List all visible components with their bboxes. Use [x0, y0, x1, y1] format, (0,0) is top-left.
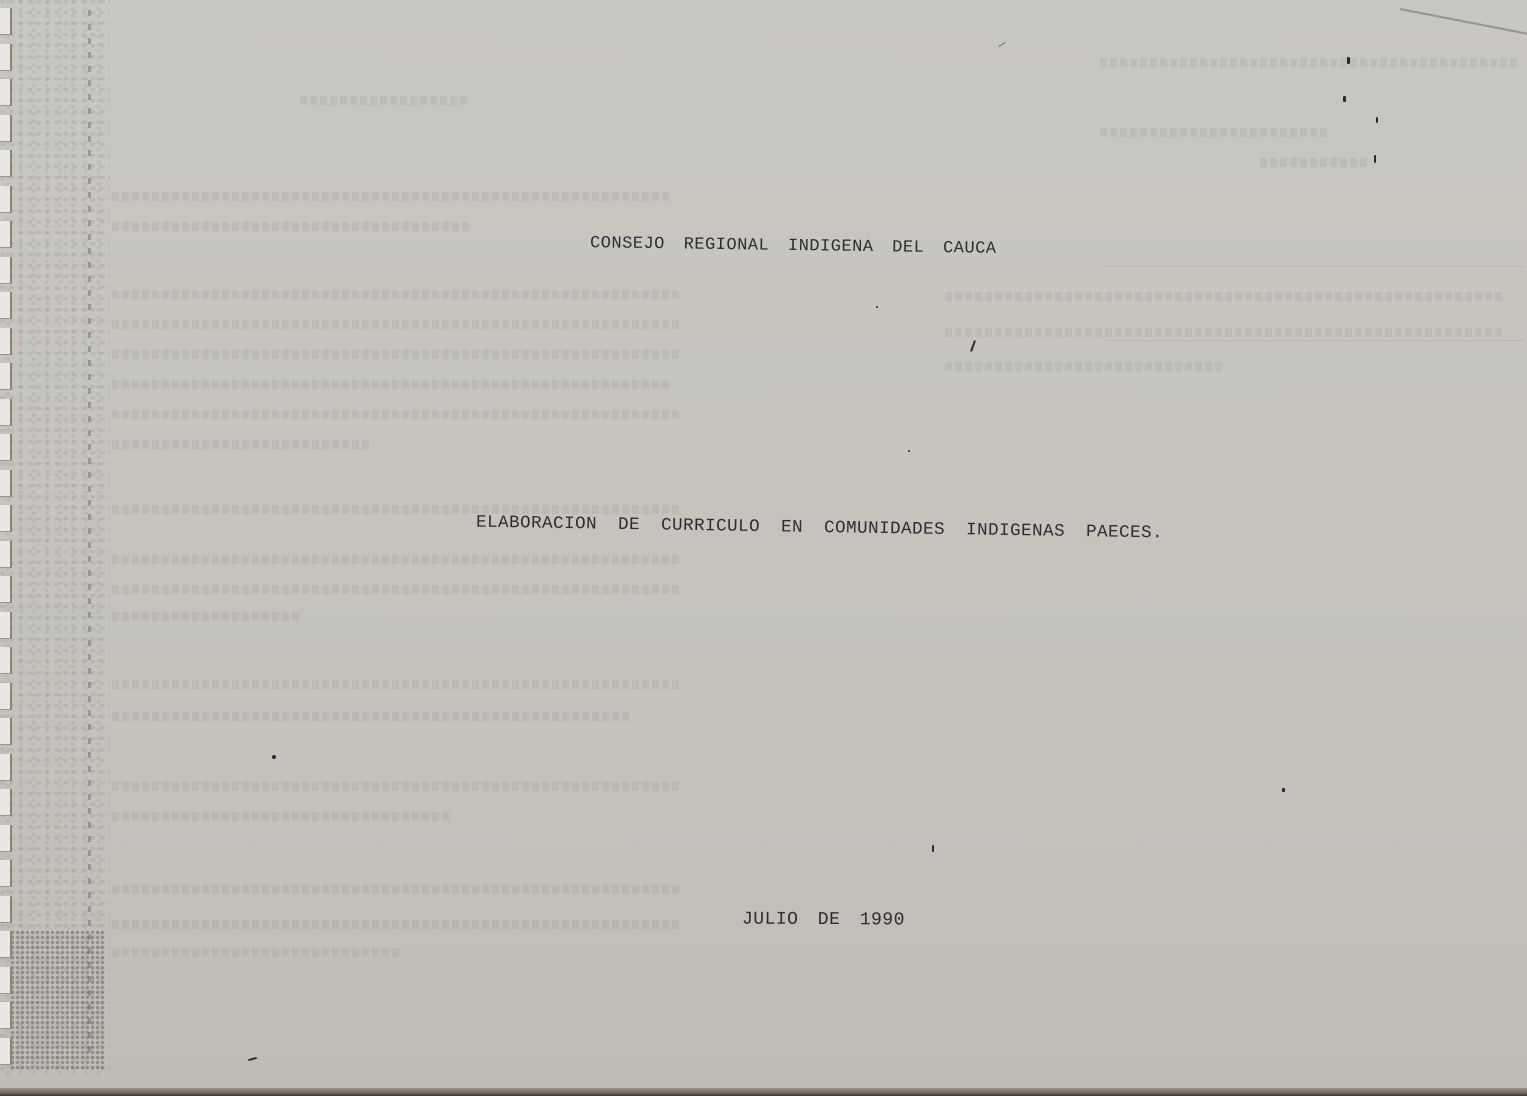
- binding-hole: [0, 683, 12, 710]
- binding-hole: [0, 115, 12, 142]
- bleed-through-text: [1100, 58, 1520, 67]
- binding-hole: [0, 612, 12, 639]
- document-date: JULIO DE 1990: [742, 910, 905, 931]
- bleed-through-rule: [1105, 266, 1525, 267]
- binding-hole: [0, 221, 12, 248]
- binding-hole: [0, 1038, 12, 1065]
- binding-hole: [0, 967, 12, 994]
- bleed-through-text: [945, 328, 1505, 337]
- binding-hole: [0, 292, 12, 319]
- binding-hole: [0, 470, 12, 497]
- ink-speck: [272, 755, 276, 759]
- ink-speck: [908, 450, 910, 452]
- document-title: ELABORACION DE CURRICULO EN COMUNIDADES …: [476, 513, 1163, 544]
- binding-hole: [0, 44, 12, 71]
- binding-hole: [0, 150, 12, 177]
- photocopy-dark-patch: [10, 930, 105, 1070]
- bleed-through-text: [112, 505, 682, 514]
- bleed-through-text: [112, 410, 682, 419]
- binding-hole: [0, 328, 12, 355]
- ink-speck: [1347, 57, 1350, 64]
- ink-speck: [1374, 155, 1376, 163]
- photocopy-edge-line: [88, 10, 91, 1060]
- binding-hole: [0, 8, 12, 35]
- bleed-through-text: [112, 680, 682, 689]
- bleed-through-text: [112, 555, 682, 564]
- binding-hole: [0, 789, 12, 816]
- binding-hole: [0, 541, 12, 568]
- binding-hole: [0, 860, 12, 887]
- bleed-through-text: [112, 222, 472, 231]
- binding-hole: [0, 434, 12, 461]
- ink-speck: [876, 306, 878, 308]
- bleed-through-handwriting: [1240, 236, 1259, 271]
- ink-speck: [248, 1057, 257, 1061]
- binding-hole: [0, 576, 12, 603]
- binding-hole: [0, 718, 12, 745]
- bleed-through-text: [112, 350, 682, 359]
- page-edge: [0, 1088, 1527, 1096]
- binding-hole: [0, 79, 12, 106]
- binding-hole: [0, 257, 12, 284]
- scanned-page: CONSEJO REGIONAL INDIGENA DEL CAUCA ELAB…: [0, 0, 1527, 1090]
- bleed-through-text: [112, 885, 682, 894]
- binding-hole: [0, 647, 12, 674]
- bleed-through-text: [112, 920, 682, 929]
- bleed-through-text: [112, 812, 452, 821]
- photocopy-speckle: [0, 0, 110, 1075]
- binding-hole: [0, 399, 12, 426]
- spiral-binding: [0, 0, 14, 1090]
- bleed-through-text: [1260, 158, 1370, 167]
- bleed-through-text: [112, 612, 302, 621]
- bleed-through-text: [112, 192, 672, 201]
- bleed-through-rule: [1105, 340, 1525, 341]
- binding-hole: [0, 931, 12, 958]
- ink-speck: [1282, 788, 1285, 792]
- binding-hole: [0, 505, 12, 532]
- scratch-mark: [1400, 8, 1527, 35]
- bleed-through-text: [112, 712, 632, 721]
- bleed-through-text: [112, 585, 682, 594]
- ink-speck: [1376, 117, 1378, 123]
- bleed-through-text: [945, 362, 1225, 371]
- organization-name: CONSEJO REGIONAL INDIGENA DEL CAUCA: [590, 234, 997, 259]
- bleed-through-text: [112, 290, 682, 299]
- binding-hole: [0, 186, 12, 213]
- bleed-through-text: [112, 440, 372, 449]
- binding-hole: [0, 896, 12, 923]
- bleed-through-text: [112, 320, 682, 329]
- bleed-through-text: [1100, 128, 1330, 137]
- ink-speck: [998, 42, 1005, 47]
- binding-hole: [0, 1002, 12, 1029]
- bleed-through-text: [300, 96, 470, 105]
- ink-speck: [932, 845, 934, 852]
- binding-hole: [0, 825, 12, 852]
- ink-speck: [1343, 96, 1346, 102]
- bleed-through-text: [112, 782, 682, 791]
- bleed-through-text: [945, 292, 1505, 301]
- bleed-through-text: [112, 948, 402, 957]
- binding-hole: [0, 363, 12, 390]
- binding-hole: [0, 754, 12, 781]
- ink-speck: [970, 340, 976, 352]
- bleed-through-text: [112, 380, 672, 389]
